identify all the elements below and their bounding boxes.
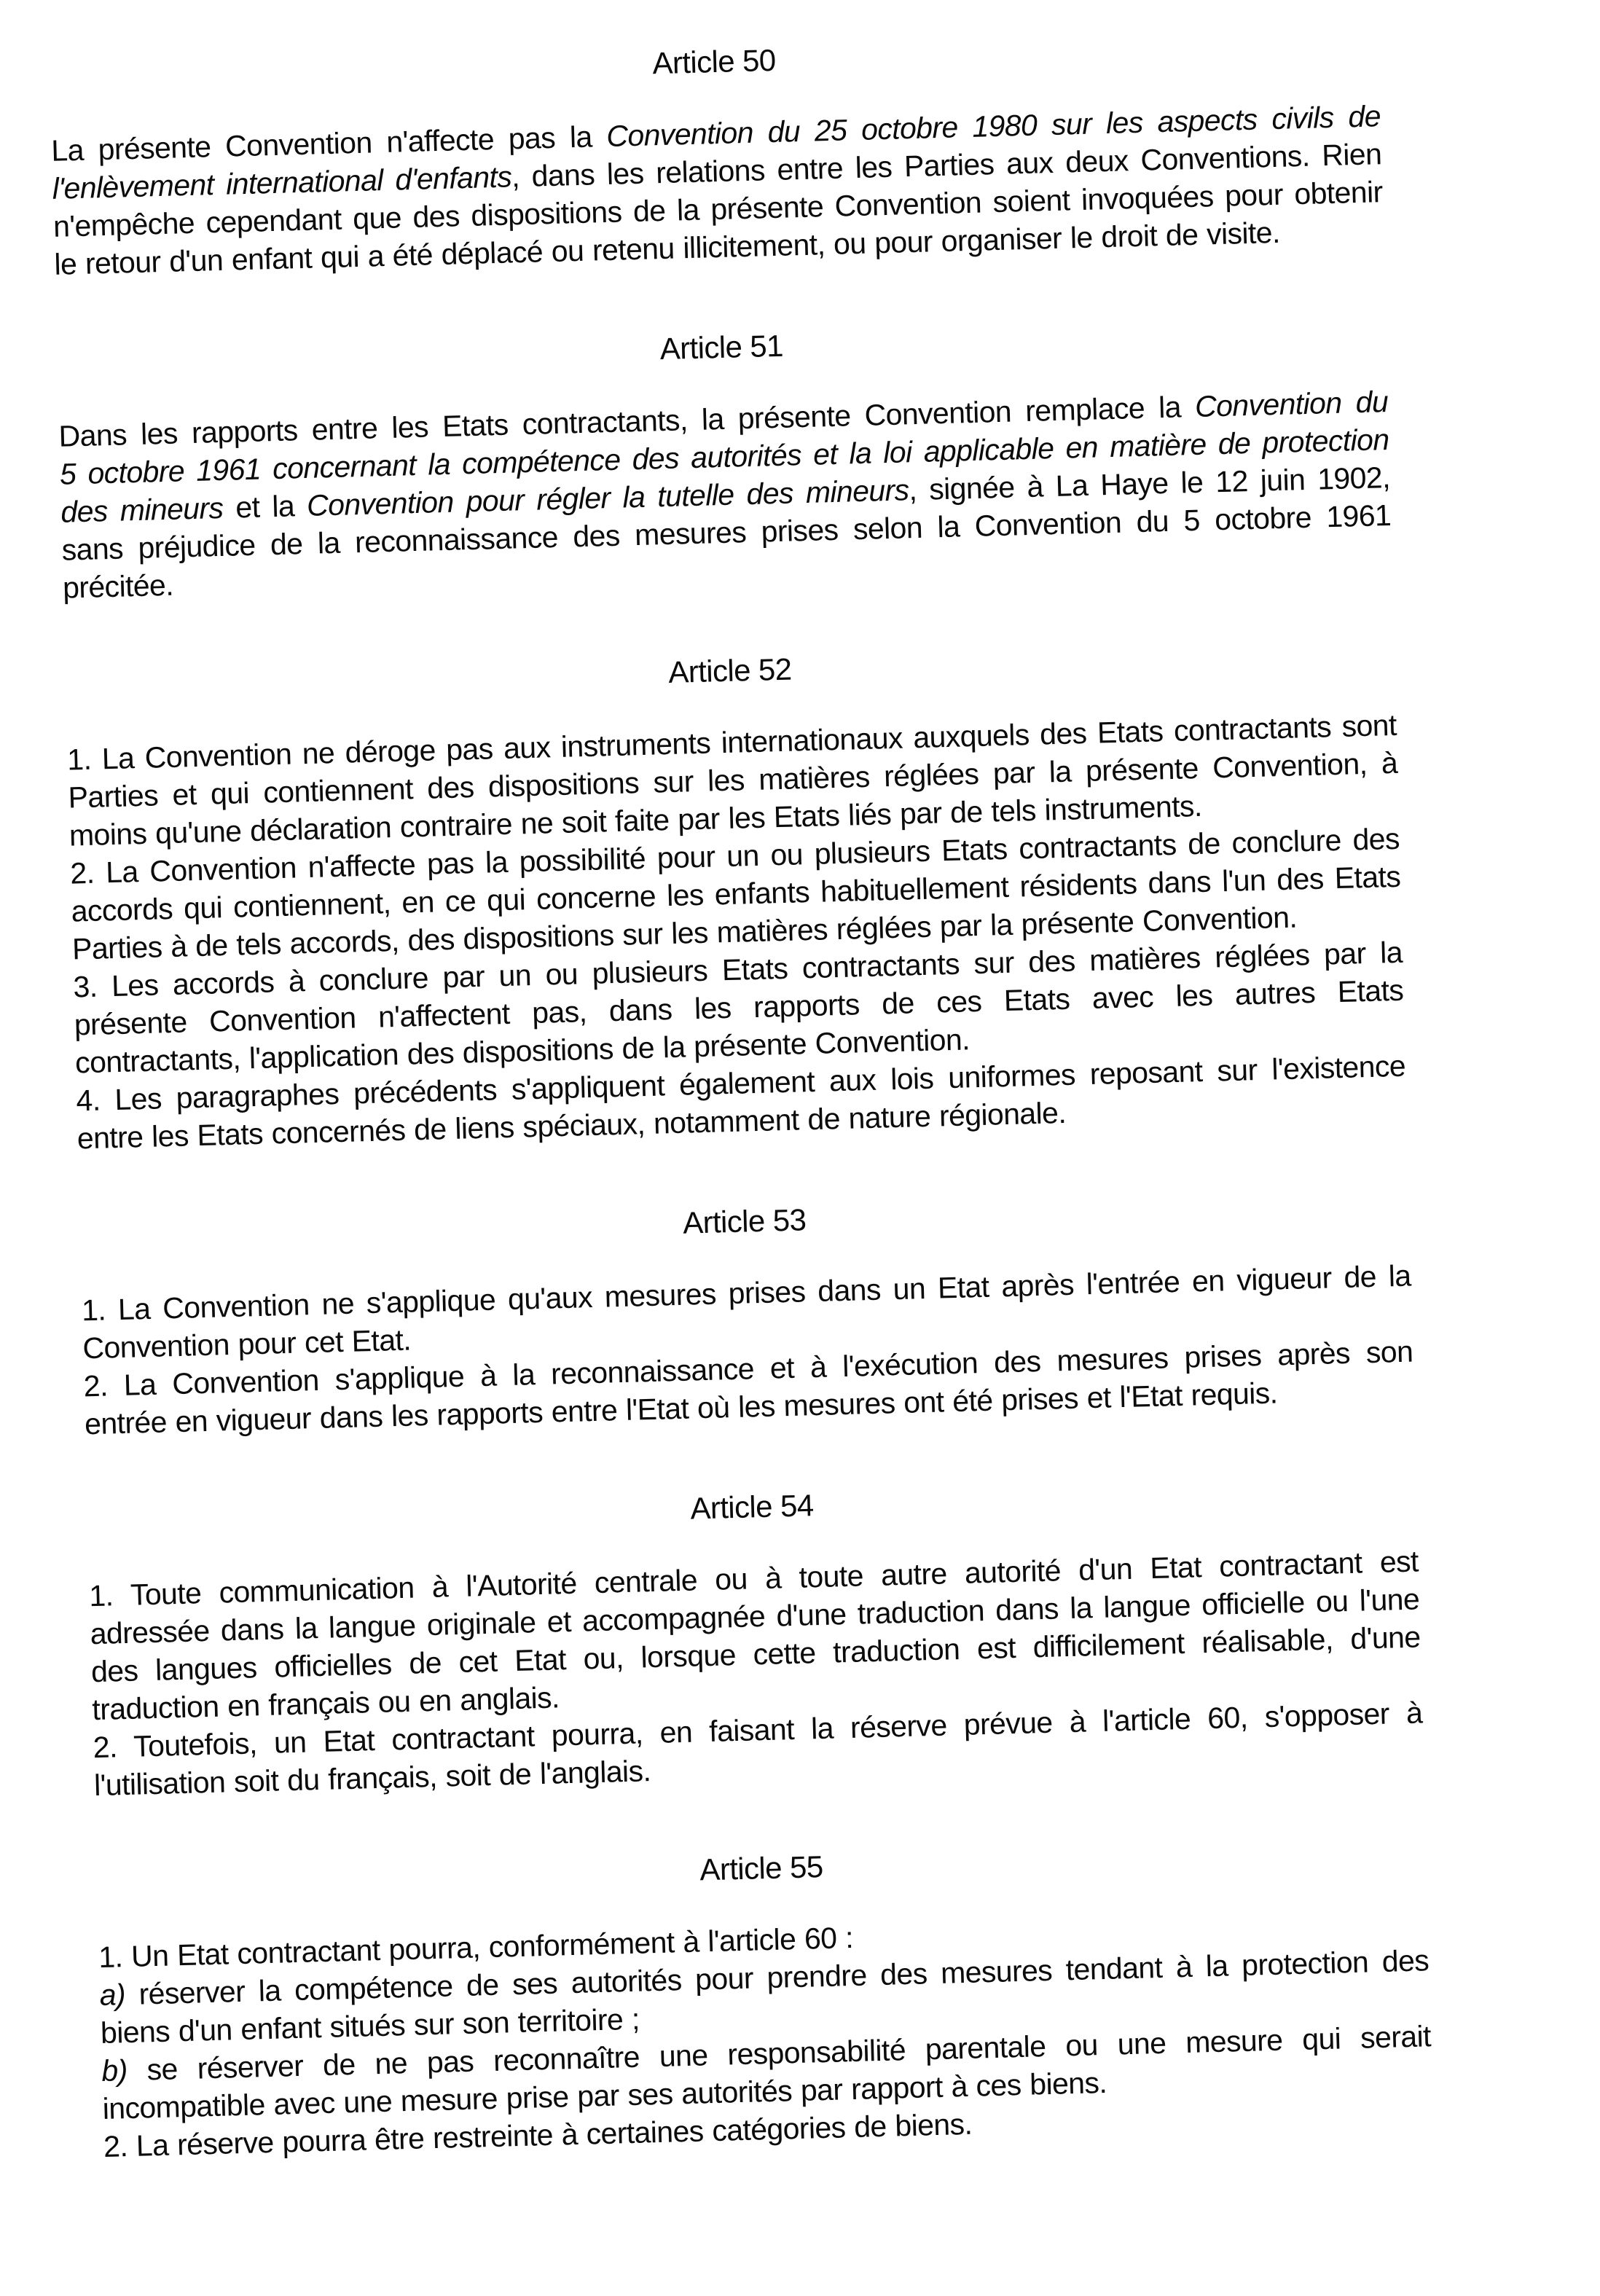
italic-text-segment: des mineurs bbox=[60, 491, 224, 529]
text-segment: précitée. bbox=[63, 568, 174, 605]
article-heading: Article 54 bbox=[87, 1473, 1417, 1543]
paragraph: La présente Convention n'affecte pas la … bbox=[51, 97, 1384, 283]
article-heading: Article 53 bbox=[79, 1187, 1410, 1257]
italic-text-segment: a) bbox=[99, 1978, 125, 2012]
article-heading: Article 52 bbox=[65, 636, 1395, 706]
text-segment: Convention pour cet Etat. bbox=[82, 1323, 412, 1366]
article-heading: Article 51 bbox=[56, 313, 1387, 383]
italic-text-segment: b) bbox=[101, 2053, 128, 2088]
document-content: Article 50La présente Convention n'affec… bbox=[47, 0, 1433, 2166]
paragraph: Dans les rapports entre les Etats contra… bbox=[58, 383, 1392, 607]
italic-text-segment: Convention du bbox=[1194, 385, 1388, 423]
article-heading: Article 55 bbox=[96, 1833, 1427, 1903]
text-segment: et la bbox=[223, 489, 307, 525]
article-heading: Article 50 bbox=[49, 27, 1379, 97]
